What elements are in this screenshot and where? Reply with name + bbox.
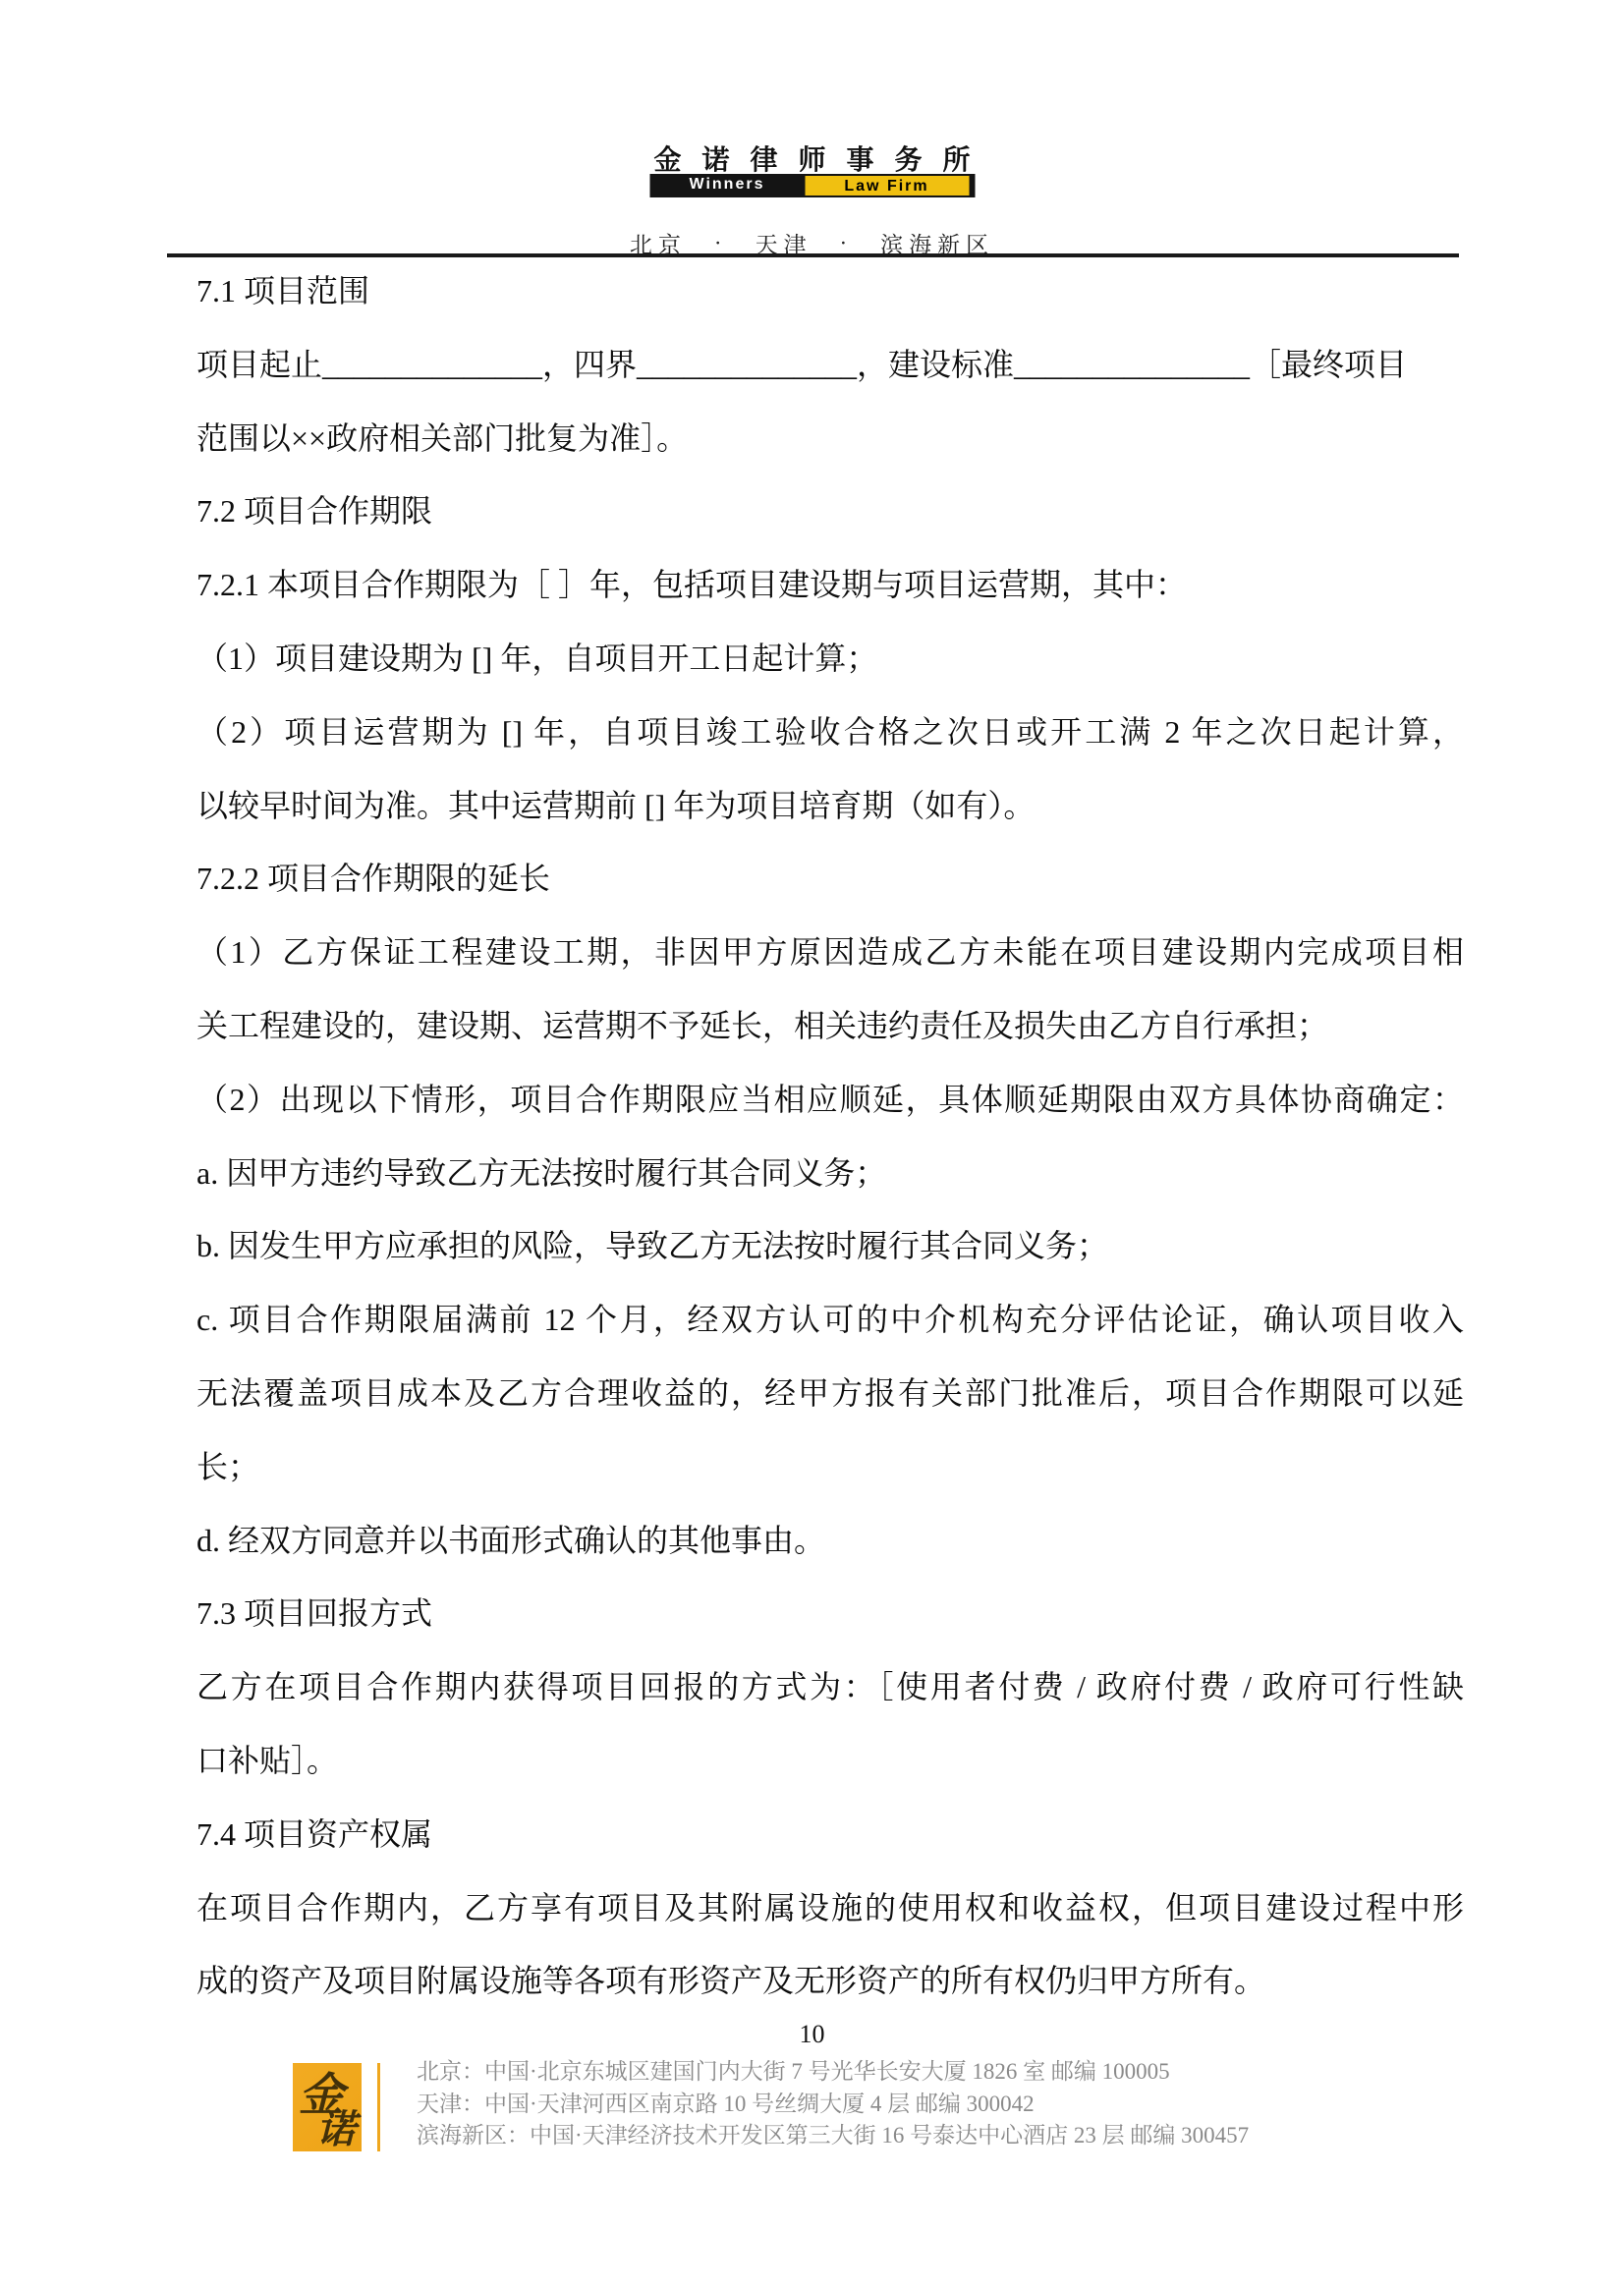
address-line: 北京：中国·北京东城区建国门内大街 7 号光华长安大厦 1826 室 邮编 10…	[417, 2056, 1249, 2089]
contract-line: 关工程建设的，建设期、运营期不予延长，相关违约责任及损失由乙方自行承担；	[196, 989, 1464, 1063]
contract-line: 范围以××政府相关部门批复为准］。	[196, 402, 1464, 475]
contract-line: 7.3 项目回报方式	[196, 1577, 1464, 1650]
address-line: 滨海新区：中国·天津经济技术开发区第三大街 16 号泰达中心酒店 23 层 邮编…	[417, 2120, 1249, 2152]
contract-line: 7.2.2 项目合作期限的延长	[196, 842, 1464, 916]
contract-body: 7.1 项目范围项目起止______________，四界___________…	[196, 254, 1464, 2018]
city-separator-dot: ·	[840, 231, 854, 256]
firm-name-chinese: 金诺律师事务所	[0, 139, 1624, 178]
firm-name-english-lawfirm: Law Firm	[805, 176, 969, 195]
contract-line: （1）项目建设期为 [] 年，自项目开工日起计算；	[196, 622, 1464, 696]
contract-line: 无法覆盖项目成本及乙方合理收益的，经甲方报有关部门批准后，项目合作期限可以延	[196, 1357, 1464, 1430]
firm-name-english-winners: Winners	[649, 174, 805, 197]
contract-line: 长；	[196, 1430, 1464, 1504]
page-number: 10	[0, 2020, 1624, 2049]
contract-line: 在项目合作期内，乙方享有项目及其附属设施的使用权和收益权，但项目建设过程中形	[196, 1871, 1464, 1945]
contract-line: a. 因甲方违约导致乙方无法按时履行其合同义务；	[196, 1137, 1464, 1210]
contract-line: 以较早时间为准。其中运营期前 [] 年为项目培育期（如有）。	[196, 769, 1464, 843]
city-separator-dot: ·	[714, 231, 728, 256]
contract-line: d. 经双方同意并以书面形式确认的其他事由。	[196, 1504, 1464, 1578]
contract-line: 成的资产及项目附属设施等各项有形资产及无形资产的所有权仍归甲方所有。	[196, 1944, 1464, 2018]
document-page: 金诺律师事务所 Winners Law Firm 北京·天津·滨海新区 7.1 …	[0, 0, 1624, 2287]
contract-line: 项目起止______________，四界______________，建设标准…	[196, 328, 1464, 402]
logo-calligraphy-char-bottom: 诺	[316, 2098, 356, 2151]
contract-line: （1）乙方保证工程建设工期，非因甲方原因造成乙方未能在项目建设期内完成项目相	[196, 916, 1464, 989]
contract-line: 7.2.1 本项目合作期限为［ ］年，包括项目建设期与项目运营期，其中：	[196, 548, 1464, 622]
contract-line: c. 项目合作期限届满前 12 个月，经双方认可的中介机构充分评估论证，确认项目…	[196, 1283, 1464, 1357]
contract-line: （2）项目运营期为 [] 年，自项目竣工验收合格之次日或开工满 2 年之次日起计…	[196, 696, 1464, 769]
firm-name-banner: Winners Law Firm	[649, 174, 975, 197]
contract-line: 乙方在项目合作期内获得项目回报的方式为：［使用者付费 / 政府付费 / 政府可行…	[196, 1650, 1464, 1724]
address-line: 天津：中国·天津河西区南京路 10 号丝绸大厦 4 层 邮编 300042	[417, 2089, 1249, 2121]
contract-line: （2）出现以下情形，项目合作期限应当相应顺延，具体顺延期限由双方具体协商确定：	[196, 1063, 1464, 1137]
contract-line: b. 因发生甲方应承担的风险，导致乙方无法按时履行其合同义务；	[196, 1209, 1464, 1283]
contract-line: 7.1 项目范围	[196, 254, 1464, 328]
firm-logo-seal: 金 诺	[293, 2063, 362, 2151]
contract-line: 7.4 项目资产权属	[196, 1798, 1464, 1871]
contract-line: 7.2 项目合作期限	[196, 474, 1464, 548]
firm-addresses: 北京：中国·北京东城区建国门内大街 7 号光华长安大厦 1826 室 邮编 10…	[417, 2056, 1249, 2152]
contract-line: 口补贴］。	[196, 1724, 1464, 1798]
logo-divider-line	[377, 2063, 380, 2151]
